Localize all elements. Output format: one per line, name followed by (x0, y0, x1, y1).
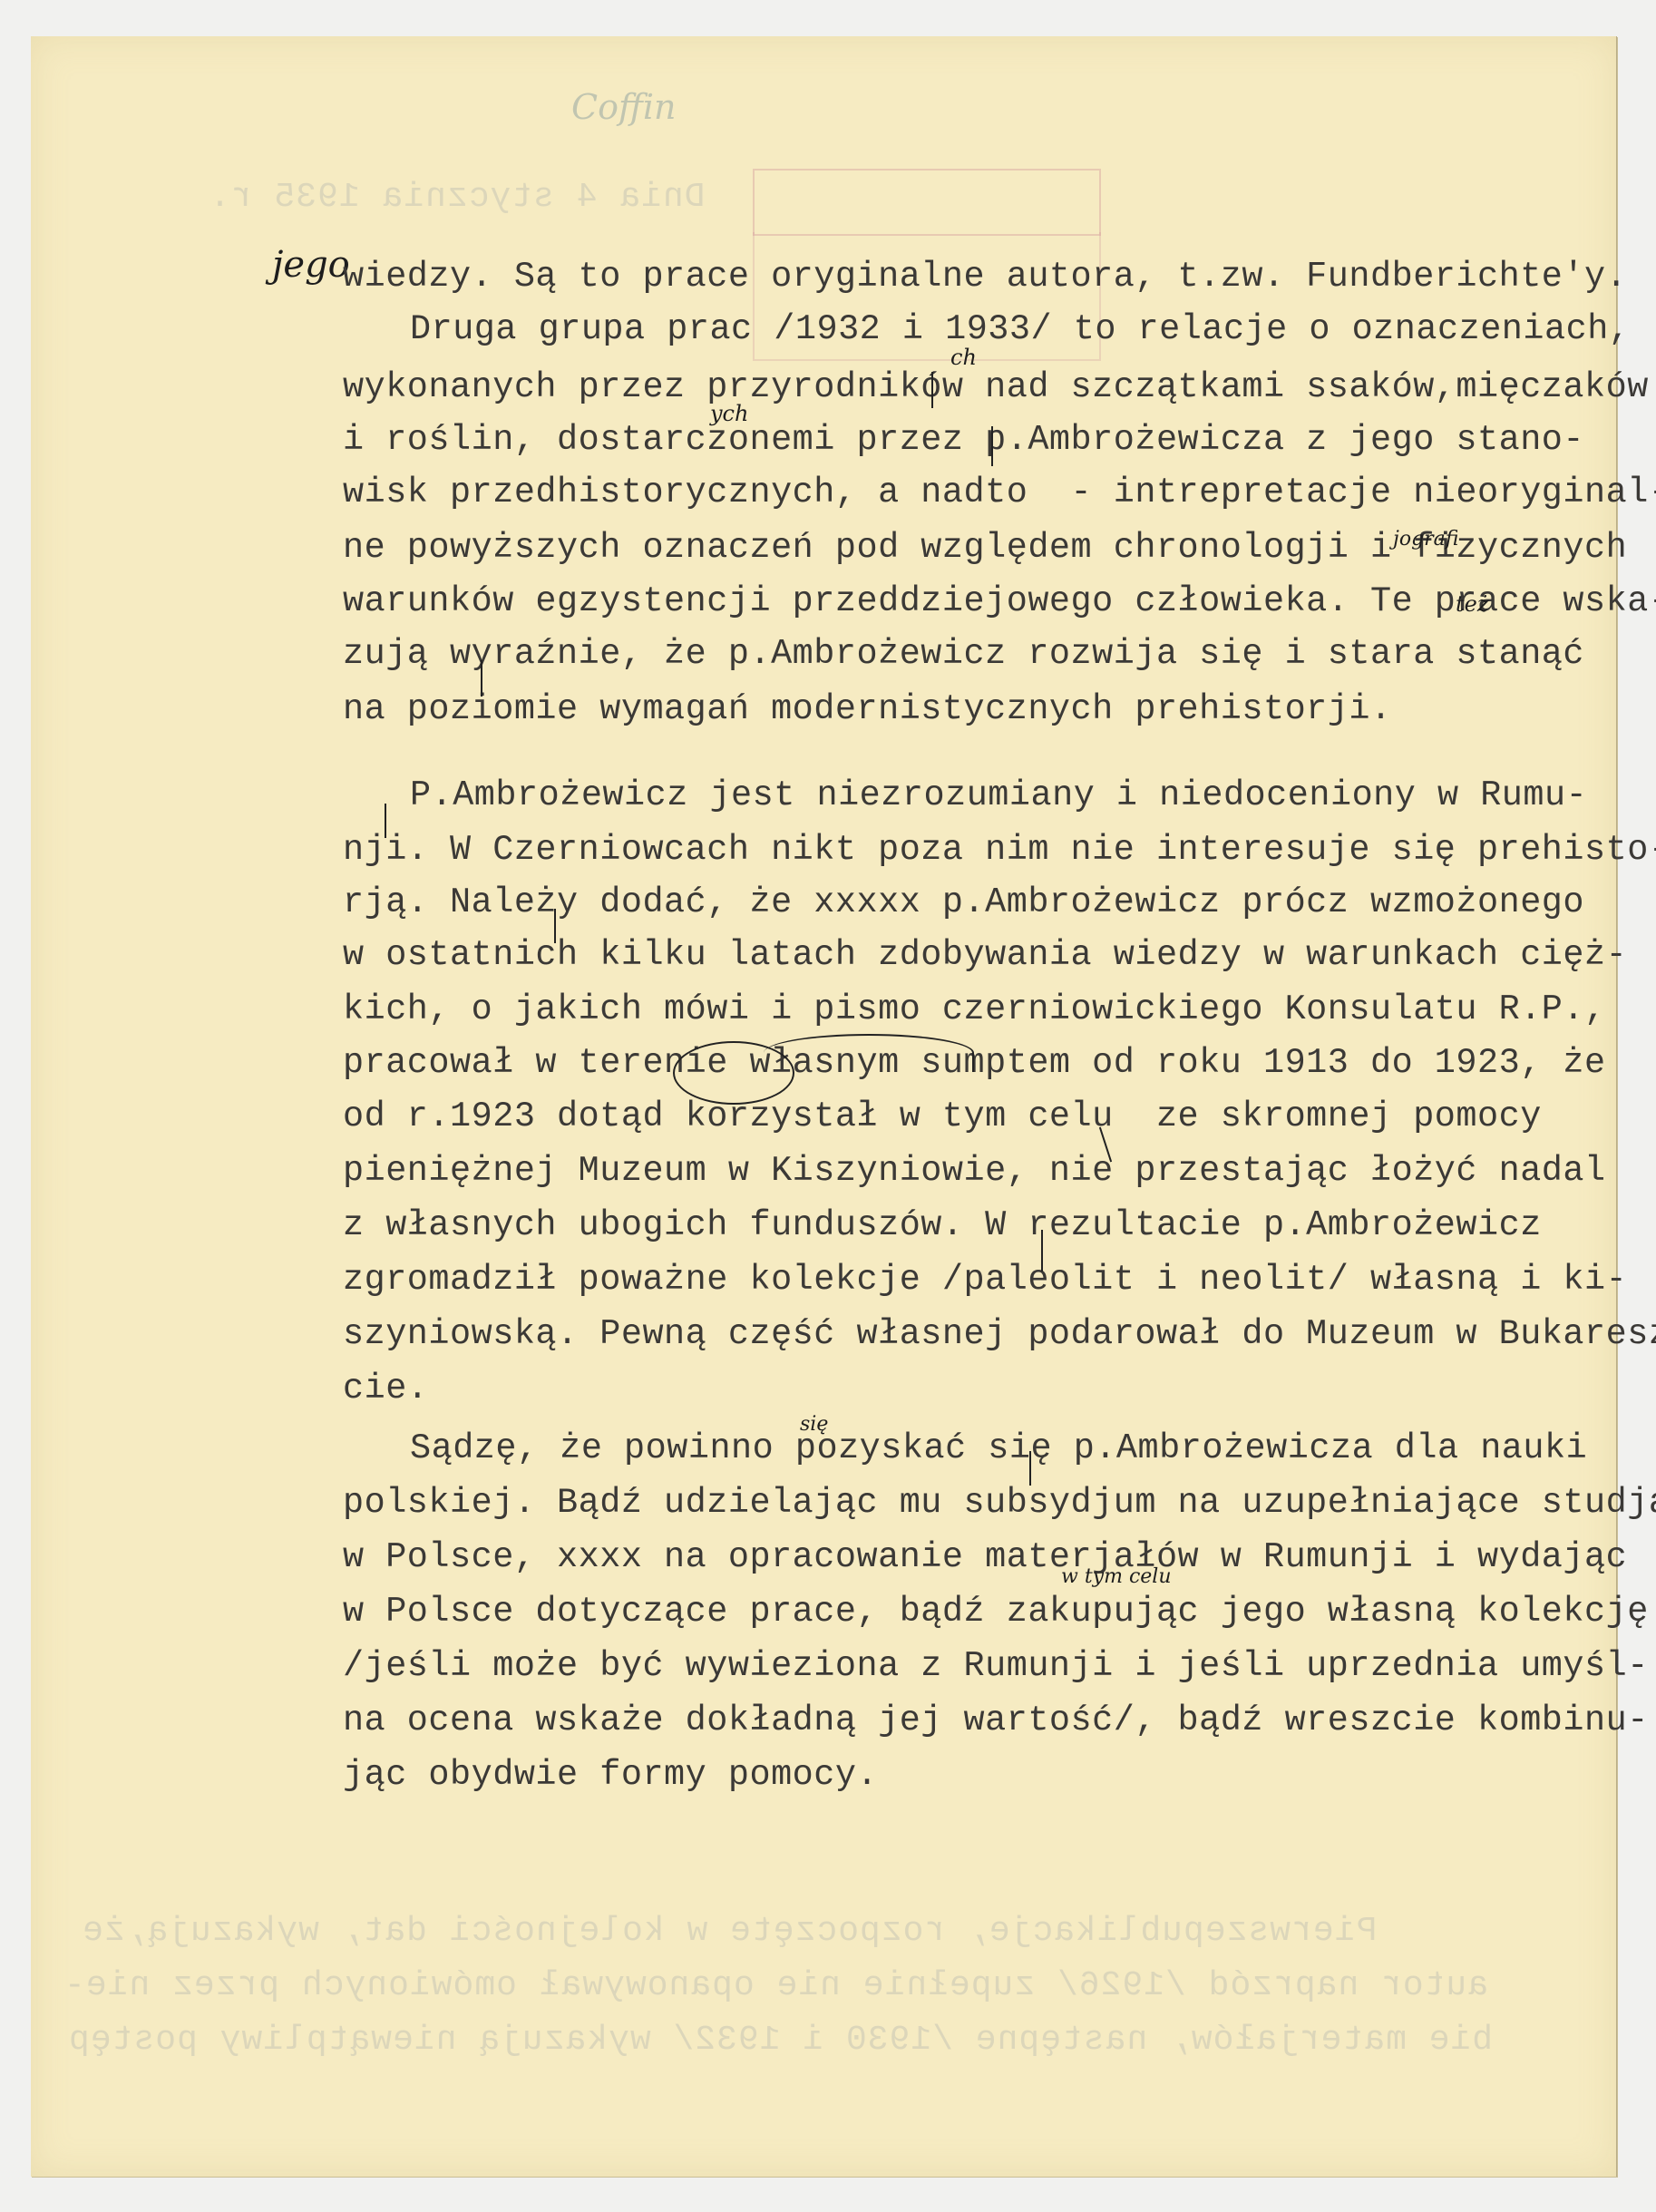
bleed-through-stamp (753, 169, 1101, 236)
text-line: od r.1923 dotąd korzystał w tym celu ze … (343, 1099, 1542, 1135)
insertion-mark (481, 660, 482, 697)
text-line: pracował w terenie własnym sumptem od ro… (343, 1046, 1606, 1081)
insertion-mark (1041, 1230, 1043, 1272)
bleed-through-scribble: Coffin (571, 87, 677, 127)
bleed-through-date: Dnia 4 stycznia 1935 r. (209, 178, 706, 217)
text-line: Sądzę, że powinno pozyskać się p.Ambroże… (410, 1431, 1587, 1467)
text-line: zują wyraźnie, że p.Ambrożewicz rozwija … (343, 637, 1584, 672)
text-line: nji. W Czerniowcach nikt poza nim nie in… (343, 833, 1656, 868)
insertion-mark (385, 804, 386, 838)
text-line: wiedzy. Są to prace oryginalne autora, t… (343, 259, 1627, 295)
annotation-w-tym-celu: w tym celu (1061, 1567, 1172, 1587)
text-line: Druga grupa prac /1932 i 1933/ to relacj… (410, 312, 1630, 347)
text-line: w ostatnich kilku latach zdobywania wied… (343, 938, 1627, 973)
text-line: wisk przedhistorycznych, a nadto - intre… (343, 475, 1656, 511)
text-line: jąc obydwie formy pomocy. (343, 1758, 878, 1793)
insertion-mark (991, 426, 993, 466)
bleed-through-line: Pierwszepublikacje, rozpoczęte w kolejno… (82, 1912, 1377, 1951)
text-line: /jeśli może być wywieziona z Rumunji i j… (343, 1649, 1649, 1684)
text-line: na ocena wskaże dokładną jej wartość/, b… (343, 1703, 1649, 1739)
text-line: P.Ambrożewicz jest niezrozumiany i niedo… (410, 778, 1587, 814)
bleed-through-line: autor naprzód /1926/ zupełnie nie opanow… (63, 1966, 1488, 2005)
text-line: zgromadził poważne kolekcje /paleolit i … (343, 1262, 1627, 1298)
insertion-mark (554, 909, 556, 943)
text-line: w Polsce dotyczące prace, bądź zakupując… (343, 1594, 1649, 1630)
text-line: cie. (343, 1371, 428, 1407)
insertion-mark (931, 372, 933, 408)
text-line: w Polsce, xxxx na opracowanie materjałów… (343, 1540, 1627, 1575)
text-line: pieniężnej Muzeum w Kiszyniowie, nie prz… (343, 1154, 1606, 1189)
insertion-mark (1029, 1451, 1031, 1486)
text-line: wykonanych przez przyrodników nad szcząt… (343, 370, 1649, 405)
annotation-tez: też (1456, 593, 1489, 615)
margin-note-jego: jego (272, 247, 350, 283)
text-line: rją. Należy dodać, że xxxxx p.Ambrożewic… (343, 885, 1584, 921)
text-line: z własnych ubogich funduszów. W rezultac… (343, 1208, 1542, 1243)
text-line: i roślin, dostarczonemi przez p.Ambrożew… (343, 423, 1584, 458)
annotation-jografi: jografi (1393, 530, 1458, 550)
circled-phrase-sumptem (764, 1034, 974, 1072)
bleed-through-line: bie materjałów, następne /1930 i 1932/ w… (68, 2021, 1493, 2060)
text-line: polskiej. Bądź udzielając mu subsydjum n… (343, 1486, 1656, 1521)
annotation-sie: się (800, 1415, 828, 1435)
annotation-ch: ch (950, 346, 977, 368)
annotation-ych: ych (710, 403, 748, 424)
text-line: szyniowską. Pewną część własnej podarowa… (343, 1317, 1656, 1352)
text-line: na poziomie wymagań modernistycznych pre… (343, 692, 1392, 727)
text-line: kich, o jakich mówi i pismo czerniowicki… (343, 992, 1606, 1028)
